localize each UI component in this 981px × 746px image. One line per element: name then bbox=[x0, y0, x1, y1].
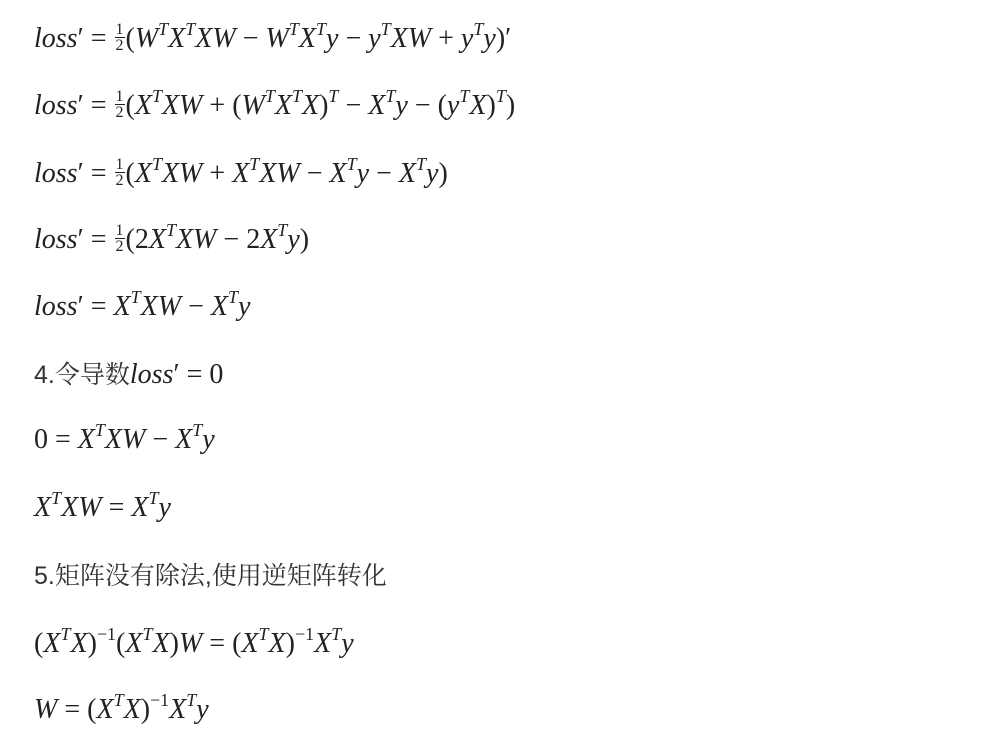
equation-line-8: XTXW=XTy bbox=[34, 491, 171, 527]
equation-line-10: (XTX)−1(XTX)W=(XTX)−1XTy bbox=[34, 627, 354, 663]
equation-line-11: W=(XTX)−1XTy bbox=[34, 693, 209, 729]
equation-line-3: loss′=12(XTXW+XTXW−XTy−XTy) bbox=[34, 157, 448, 193]
equation-line-5: loss′=XTXW−XTy bbox=[34, 290, 250, 326]
loss-symbol: loss bbox=[34, 23, 78, 54]
step-4-label: 4.令导数 bbox=[34, 361, 130, 389]
equation-line-7: 0=XTXW−XTy bbox=[34, 423, 215, 459]
step-5-label: 5.矩阵没有除法,使用逆矩阵转化 bbox=[34, 562, 387, 590]
equation-line-4: loss′=12(2XTXW−2XTy) bbox=[34, 223, 309, 259]
step-5-heading: 5.矩阵没有除法,使用逆矩阵转化 bbox=[34, 559, 387, 593]
equation-line-2: loss′=12(XTXW+(WTXTX)T−XTy−(yTX)T) bbox=[34, 89, 515, 125]
equation-line-1: loss′=12(WTXTXW−WTXTy−yTXW+yTy)′ bbox=[34, 22, 511, 58]
step-4-heading: 4.令导数loss′=0 bbox=[34, 358, 223, 392]
